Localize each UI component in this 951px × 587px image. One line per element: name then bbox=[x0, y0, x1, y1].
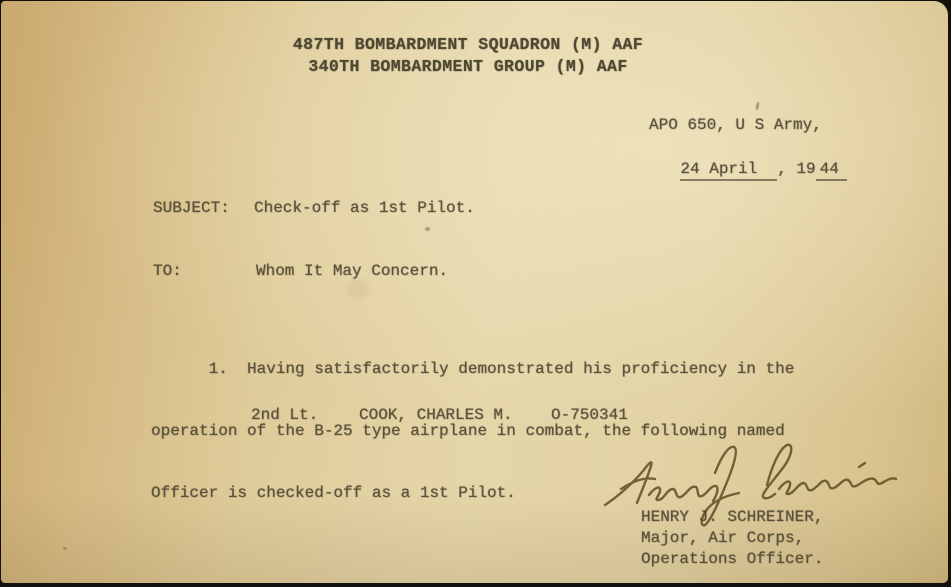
date-line: 24 April, 1944 bbox=[642, 139, 847, 199]
to-label: TO: bbox=[153, 261, 182, 281]
signature-typed-rank: Major, Air Corps, bbox=[641, 528, 804, 548]
signature-stroke-chreiner bbox=[779, 478, 896, 494]
date-day-month: 24 April bbox=[680, 160, 777, 181]
ink-speck bbox=[755, 102, 760, 110]
pilot-serial-number: O-750341 bbox=[551, 405, 628, 425]
letterhead-squadron: 487TH BOMBARDMENT SQUADRON (M) AAF bbox=[1, 35, 935, 55]
to-value: Whom It May Concern. bbox=[256, 261, 448, 281]
subject-label: SUBJECT: bbox=[153, 198, 230, 218]
signature-typed-title: Operations Officer. bbox=[641, 549, 823, 569]
subject-value: Check-off as 1st Pilot. bbox=[254, 198, 475, 218]
pilot-rank: 2nd Lt. bbox=[251, 405, 318, 425]
paper-smudge bbox=[347, 279, 369, 299]
letter-page: 487TH BOMBARDMENT SQUADRON (M) AAF 340TH… bbox=[1, 1, 948, 583]
body-line-1: 1. Having satisfactorily demonstrated hi… bbox=[151, 359, 794, 381]
ink-speck bbox=[425, 227, 430, 231]
signature-stroke-idot bbox=[859, 463, 865, 467]
date-separator: , 19 bbox=[777, 160, 815, 178]
signature-typed-name: HENRY J. SCHREINER, bbox=[641, 507, 823, 527]
pilot-name: COOK, CHARLES M. bbox=[359, 405, 513, 425]
ink-speck bbox=[63, 547, 67, 550]
letterhead-group: 340TH BOMBARDMENT GROUP (M) AAF bbox=[1, 57, 935, 77]
apo-address-line: APO 650, U S Army, bbox=[649, 115, 822, 135]
date-year: 44 bbox=[816, 160, 847, 181]
body-line-3: Officer is checked-off as a 1st Pilot. bbox=[151, 483, 794, 505]
